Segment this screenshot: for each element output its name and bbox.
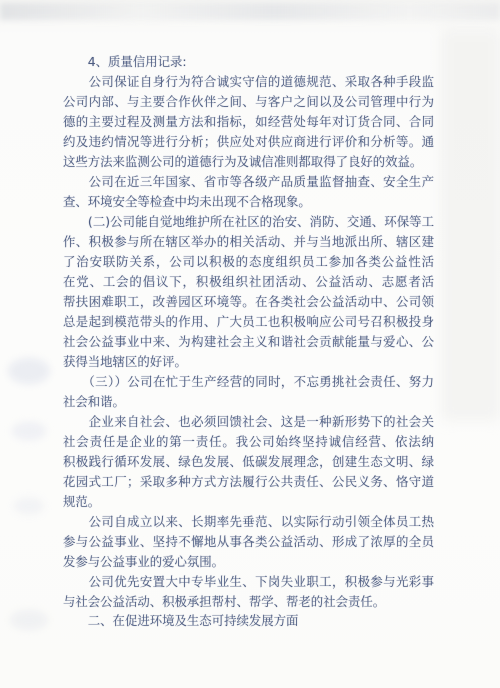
- text-line: 花园式工厂；采取多种方式方法履行公共责任、公民义务、恪守道德: [63, 472, 434, 492]
- text-line: (二)公司能自觉地维护所在社区的治安、消防、交通、环保等工: [63, 212, 434, 232]
- text-line: 企业来自社会、也必须回馈社会、这是一种新形势下的社会关系。: [63, 412, 434, 432]
- text-line: 公司自成立以来、长期率先垂范、以实际行动引领全体员工热心: [63, 512, 434, 532]
- text-line: 规范。: [63, 492, 434, 512]
- scan-mottle-artifact: [442, 30, 500, 420]
- text-line: 作、积极参与所在辖区举办的相关活动、并与当地派出所、辖区建立: [63, 232, 434, 252]
- text-line: 二、在促进环境及生态可持续发展方面: [63, 611, 434, 631]
- scan-edge-artifact: [0, 3, 500, 20]
- text-line: 公司保证自身行为符合诚实守信的道德规范、采取各种手段监测: [63, 72, 434, 92]
- text-line: 这些方法来监测公司的道德行为及诚信准则都取得了良好的效益。: [63, 152, 434, 172]
- text-line: 积极践行循环发展、绿色发展、低碳发展理念，创建生态文明、绿色: [63, 452, 434, 472]
- text-line: 德的主要过程及测量方法和指标，如经营处每年对订货合同、合同履: [63, 112, 434, 132]
- text-line: 帮扶困难职工，改善园区环境等。在各类社会公益活动中、公司领导: [63, 292, 434, 312]
- text-line: 获得当地辖区的好评。: [63, 352, 434, 372]
- text-line: 发参与公益事业的爱心氛围。: [63, 552, 434, 572]
- text-line: 总是起到模范带头的作用、广大员工也积极响应公司号召积极投身到: [63, 312, 434, 332]
- text-line: 约及违约情况等进行分析；供应处对供应商进行评价和分析等。通过: [63, 132, 434, 152]
- document-text: 4、质量信用记录: 公司保证自身行为符合诚实守信的道德规范、采取各种手段监测 公…: [63, 52, 434, 631]
- text-line: 社会和谐。: [63, 392, 434, 412]
- text-line: 与社会公益活动、积极承担帮村、帮学、帮老的社会责任。: [63, 592, 434, 612]
- text-line: 了治安联防关系，公司以积极的态度组织员工参加各类公益性活动，: [63, 252, 434, 272]
- scan-smudge-artifact: [8, 358, 50, 384]
- text-line: 在党、工会的倡议下，积极组织社团活动、公益活动、志愿者活动，: [63, 272, 434, 292]
- text-line: （三））公司在忙于生产经营的同时，不忘勇挑社会责任、努力护: [63, 372, 434, 392]
- text-line: 4、质量信用记录:: [63, 52, 434, 72]
- text-line: 公司内部、与主要合作伙伴之间、与客户之间以及公司管理中行为道: [63, 92, 434, 112]
- text-line: 查、环境安全等检查中均未出现不合格现象。: [63, 192, 434, 212]
- text-line: 公司优先安置大中专毕业生、下岗失业职工，积极参与光彩事业: [63, 572, 434, 592]
- scan-smudge-artifact: [12, 422, 46, 440]
- scanned-page: 4、质量信用记录: 公司保证自身行为符合诚实守信的道德规范、采取各种手段监测 公…: [0, 0, 500, 688]
- scan-smudge-artifact: [14, 498, 44, 514]
- text-line: 公司在近三年国家、省市等各级产品质量监督抽查、安全生产检: [63, 172, 434, 192]
- text-line: 社会责任是企业的第一责任。我公司始终坚持诚信经营、依法纳税；: [63, 432, 434, 452]
- scan-smudge-artifact: [10, 610, 48, 630]
- text-line: 社会公益事业中来、为构建社会主义和谐社会贡献能量与爱心、公司: [63, 332, 434, 352]
- text-line: 参与公益事业、坚持不懈地从事各类公益活动、形成了浓厚的全员自: [63, 532, 434, 552]
